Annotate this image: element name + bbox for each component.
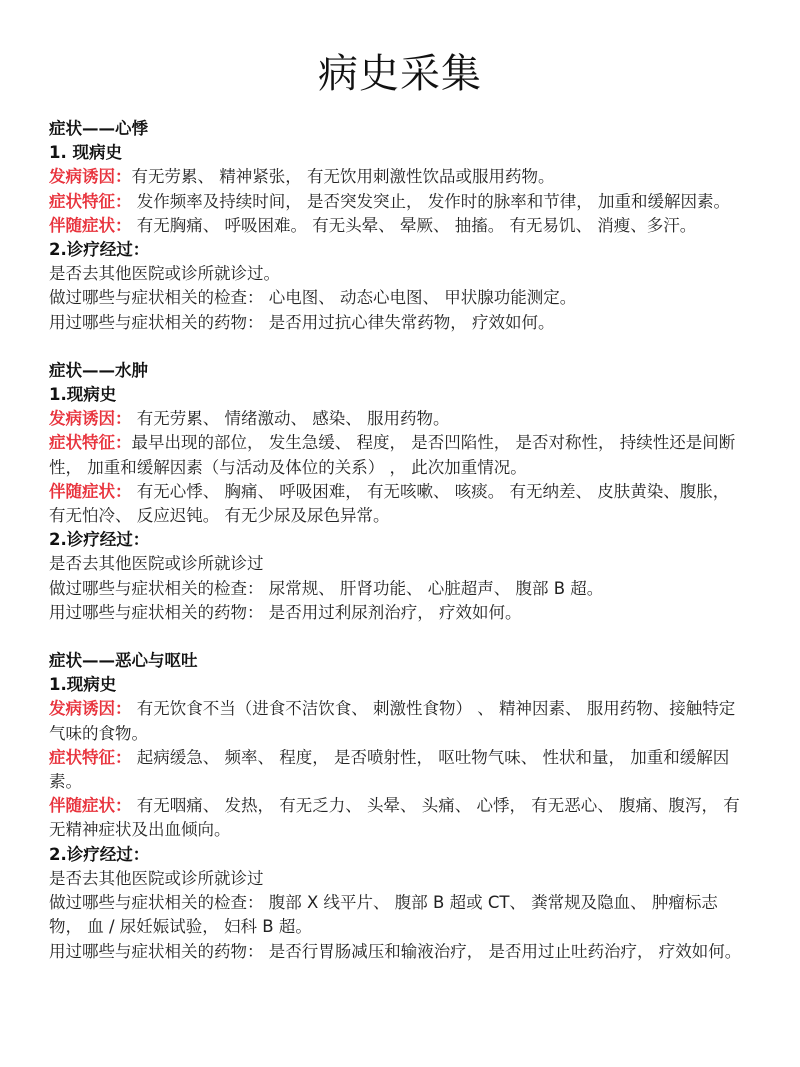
visited-other-hospital: 是否去其他医院或诊所就诊过 [49, 552, 749, 576]
onset-label: 发病诱因： [49, 699, 132, 718]
treatment-heading: 2.诊疗经过： [49, 843, 749, 867]
related-exams: 做过哪些与症状相关的检查： 心电图、 动态心电图、 甲状腺功能测定。 [49, 286, 749, 310]
present-history-heading: 1. 现病史 [49, 141, 749, 165]
section-palpitation: 症状——心悸 1. 现病史 发病诱因：有无劳累、 精神紧张， 有无饮用刺激性饮品… [49, 117, 749, 335]
onset-label: 发病诱因： [49, 409, 132, 428]
onset-text: 有无饮食不当（进食不洁饮食、 刺激性食物） 、 精神因素、 服用药物、接触特定气… [49, 699, 735, 742]
onset-label: 发病诱因： [49, 167, 132, 186]
treatment-heading: 2.诊疗经过： [49, 528, 749, 552]
section-heading: 症状——水肿 [49, 359, 749, 383]
features-text: 最早出现的部位， 发生急缓、 程度， 是否凹陷性， 是否对称性， 持续性还是间断… [49, 433, 735, 476]
visited-other-hospital: 是否去其他医院或诊所就诊过 [49, 867, 749, 891]
accompanying-symptoms: 伴随症状： 有无心悸、 胸痛、 呼吸困难， 有无咳嗽、 咳痰。 有无纳差、 皮肤… [49, 480, 749, 528]
features-label: 症状特征： [49, 433, 132, 452]
document-body: 症状——心悸 1. 现病史 发病诱因：有无劳累、 精神紧张， 有无饮用刺激性饮品… [49, 117, 749, 988]
accompany-text: 有无胸痛、 呼吸困难。 有无头晕、 晕厥、 抽搐。 有无易饥、 消瘦、多汗。 [132, 216, 697, 235]
symptom-features: 症状特征：最早出现的部位， 发生急缓、 程度， 是否凹陷性， 是否对称性， 持续… [49, 431, 749, 479]
symptom-features: 症状特征： 发作频率及持续时间， 是否突发突止， 发作时的脉率和节律， 加重和缓… [49, 190, 749, 214]
related-drugs: 用过哪些与症状相关的药物： 是否用过抗心律失常药物， 疗效如何。 [49, 311, 749, 335]
features-label: 症状特征： [49, 748, 132, 767]
section-nausea-vomiting: 症状——恶心与呕吐 1.现病史 发病诱因： 有无饮食不当（进食不洁饮食、 刺激性… [49, 649, 749, 964]
accompanying-symptoms: 伴随症状： 有无胸痛、 呼吸困难。 有无头晕、 晕厥、 抽搐。 有无易饥、 消瘦… [49, 214, 749, 238]
symptom-features: 症状特征： 起病缓急、 频率、 程度， 是否喷射性， 呕吐物气味、 性状和量， … [49, 746, 749, 794]
related-exams: 做过哪些与症状相关的检查： 腹部 X 线平片、 腹部 B 超或 CT、 粪常规及… [49, 891, 749, 939]
accompany-label: 伴随症状： [49, 796, 132, 815]
features-label: 症状特征： [49, 192, 132, 211]
features-text: 发作频率及持续时间， 是否突发突止， 发作时的脉率和节律， 加重和缓解因素。 [132, 192, 730, 211]
treatment-heading: 2.诊疗经过： [49, 238, 749, 262]
onset-factors: 发病诱因： 有无劳累、 情绪激动、 感染、 服用药物。 [49, 407, 749, 431]
section-edema: 症状——水肿 1.现病史 发病诱因： 有无劳累、 情绪激动、 感染、 服用药物。… [49, 359, 749, 625]
related-exams: 做过哪些与症状相关的检查： 尿常规、 肝肾功能、 心脏超声、 腹部 B 超。 [49, 577, 749, 601]
features-text: 起病缓急、 频率、 程度， 是否喷射性， 呕吐物气味、 性状和量， 加重和缓解因… [49, 748, 729, 791]
related-drugs: 用过哪些与症状相关的药物： 是否用过利尿剂治疗， 疗效如何。 [49, 601, 749, 625]
accompany-label: 伴随症状： [49, 216, 132, 235]
present-history-heading: 1.现病史 [49, 673, 749, 697]
document-page: 病史采集 症状——心悸 1. 现病史 发病诱因：有无劳累、 精神紧张， 有无饮用… [0, 0, 800, 1067]
onset-text: 有无劳累、 精神紧张， 有无饮用刺激性饮品或服用药物。 [132, 167, 555, 186]
present-history-heading: 1.现病史 [49, 383, 749, 407]
accompanying-symptoms: 伴随症状： 有无咽痛、 发热， 有无乏力、 头晕、 头痛、 心悸， 有无恶心、 … [49, 794, 749, 842]
accompany-text: 有无心悸、 胸痛、 呼吸困难， 有无咳嗽、 咳痰。 有无纳差、 皮肤黄染、腹胀，… [49, 482, 729, 525]
page-title: 病史采集 [0, 42, 800, 99]
onset-text: 有无劳累、 情绪激动、 感染、 服用药物。 [132, 409, 450, 428]
section-heading: 症状——恶心与呕吐 [49, 649, 749, 673]
onset-factors: 发病诱因：有无劳累、 精神紧张， 有无饮用刺激性饮品或服用药物。 [49, 165, 749, 189]
accompany-label: 伴随症状： [49, 482, 132, 501]
accompany-text: 有无咽痛、 发热， 有无乏力、 头晕、 头痛、 心悸， 有无恶心、 腹痛、腹泻，… [49, 796, 740, 839]
related-drugs: 用过哪些与症状相关的药物： 是否行胃肠减压和输液治疗， 是否用过止吐药治疗， 疗… [49, 940, 749, 964]
onset-factors: 发病诱因： 有无饮食不当（进食不洁饮食、 刺激性食物） 、 精神因素、 服用药物… [49, 697, 749, 745]
visited-other-hospital: 是否去其他医院或诊所就诊过。 [49, 262, 749, 286]
section-heading: 症状——心悸 [49, 117, 749, 141]
